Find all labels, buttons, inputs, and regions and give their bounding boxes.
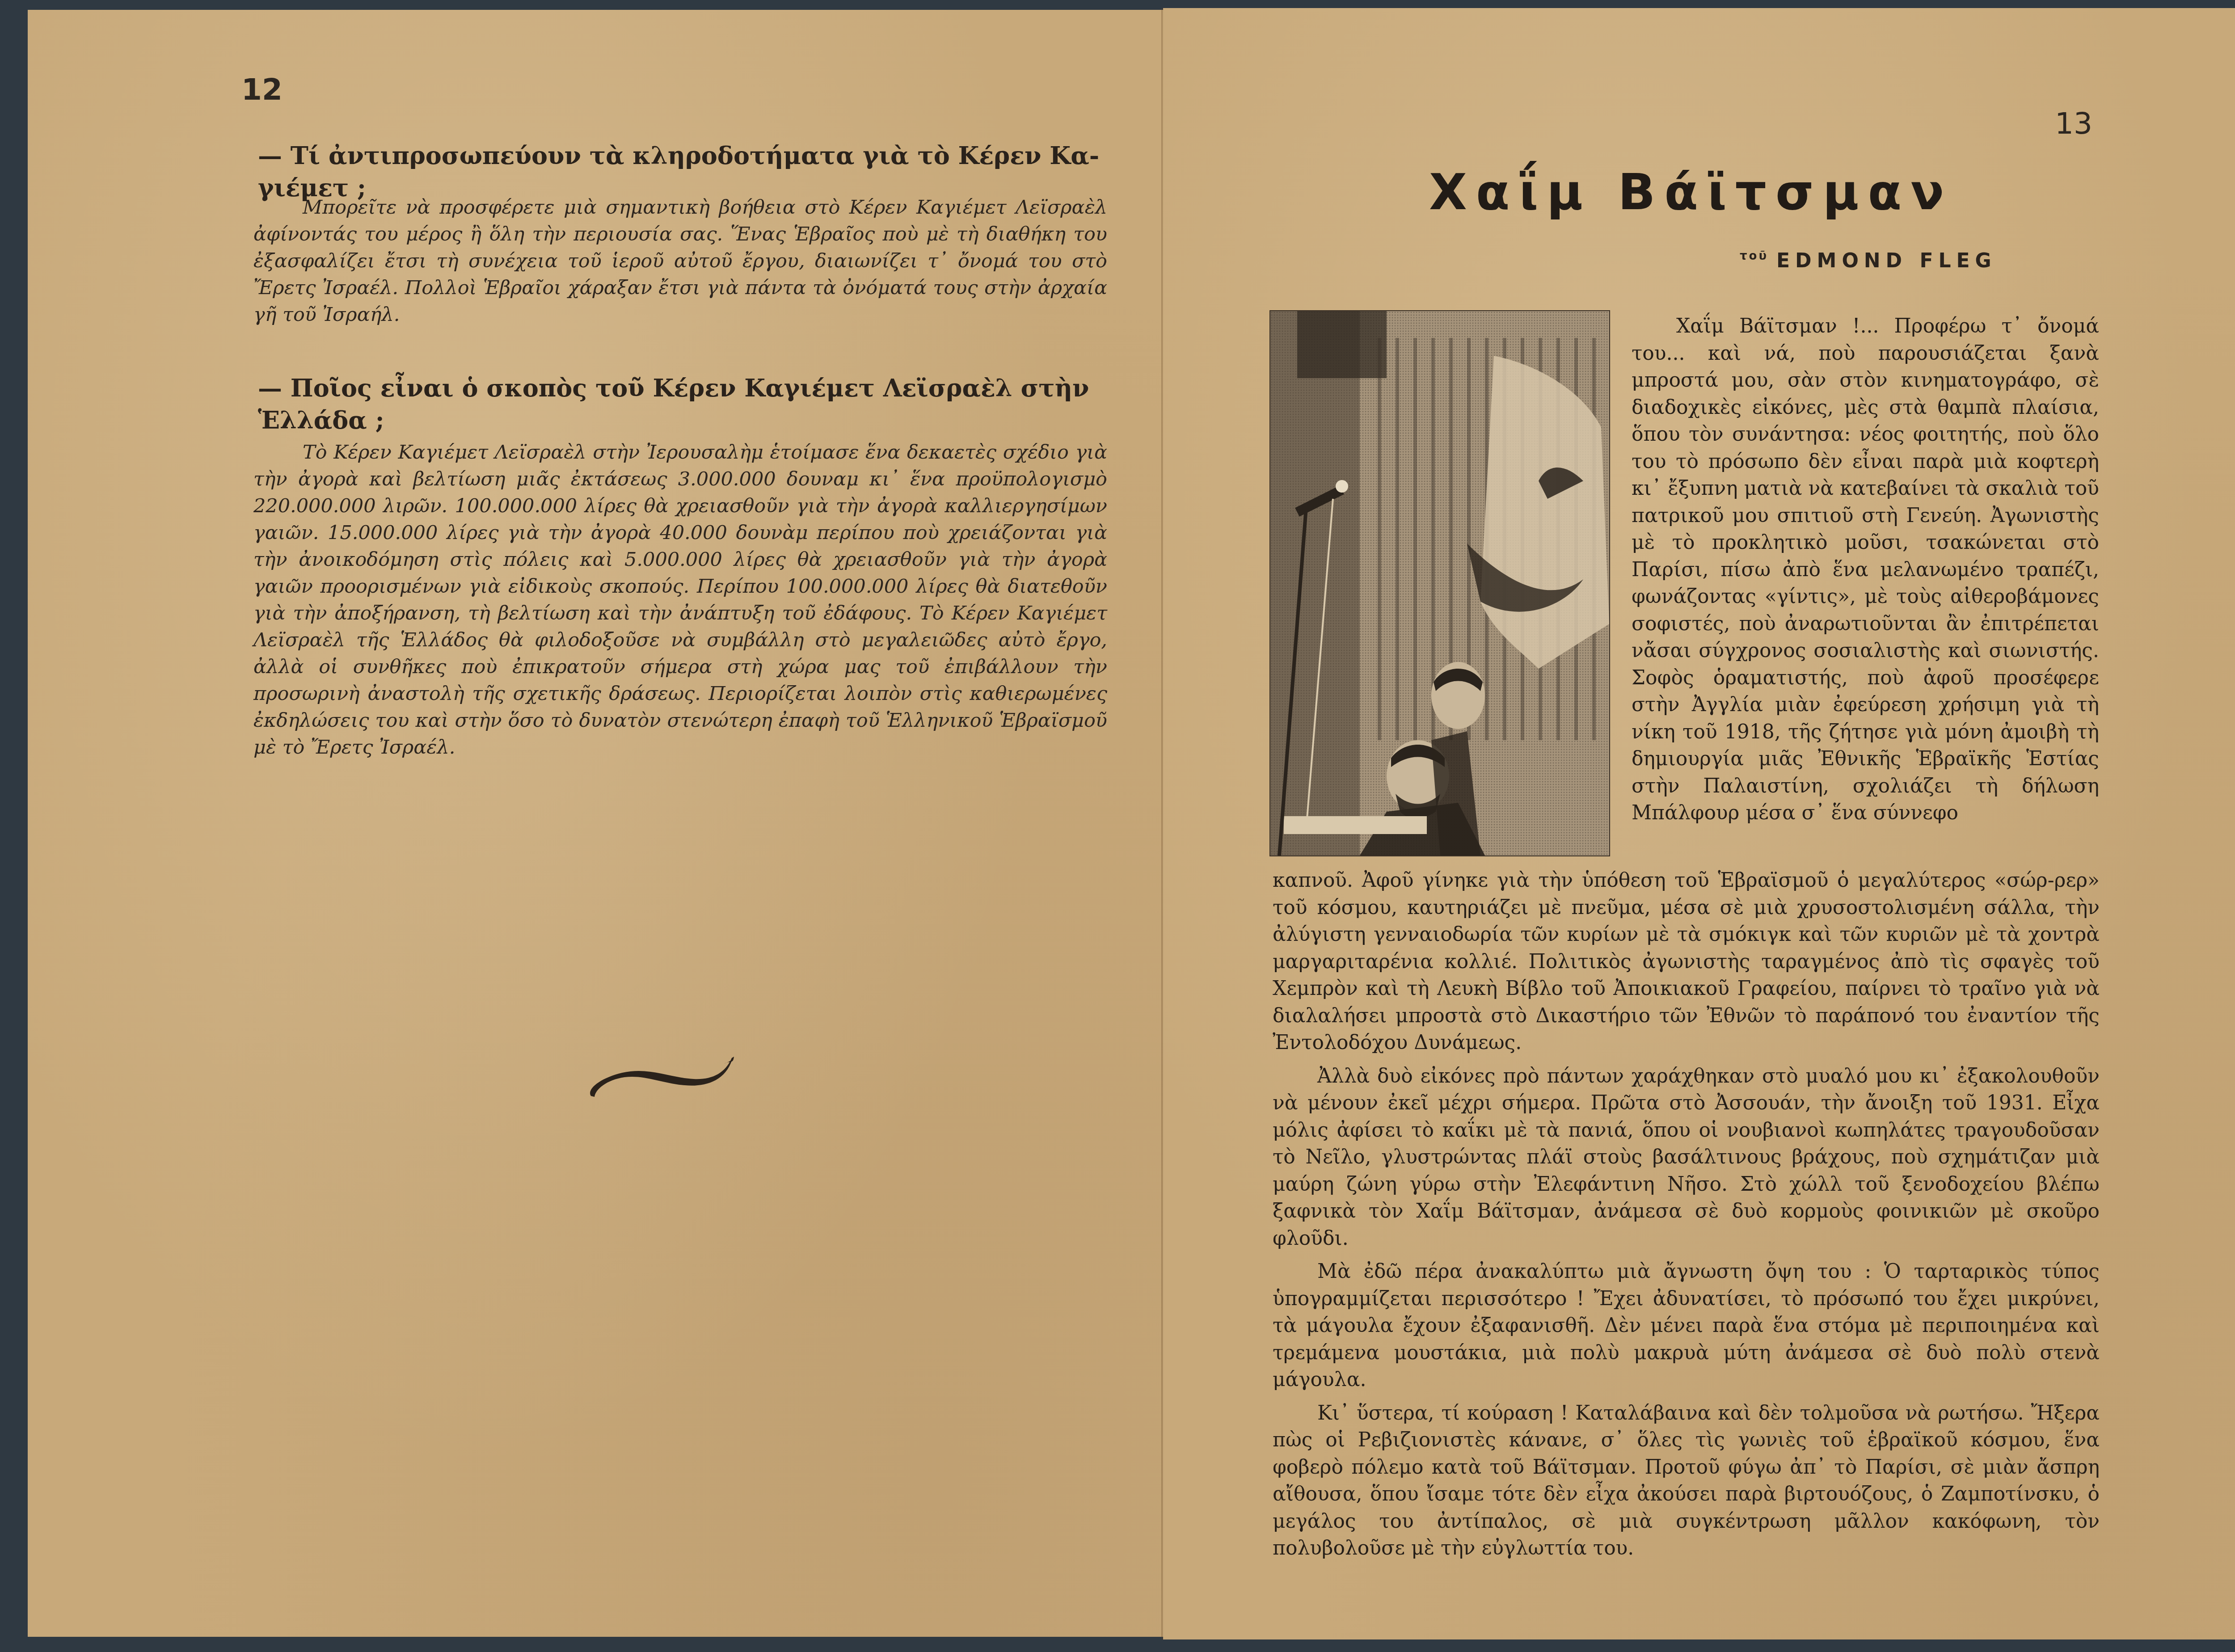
photo-image-icon — [1270, 311, 1609, 855]
article-paragraph: Χαΐμ Βάϊτσμαν !... Προφέρω τ᾽ ὄνομά του.… — [1632, 313, 2099, 827]
swash-ornament-icon — [582, 1051, 743, 1100]
article-title: Χαΐμ Βάϊτσμαν — [1429, 164, 1953, 221]
article-column-narrow: Χαΐμ Βάϊτσμαν !... Προφέρω τ᾽ ὄνομά του.… — [1632, 313, 2099, 827]
page-number: 12 — [241, 72, 283, 107]
answer-text: Τὸ Κέρεν Καγιέμετ Λεϊσραὲλ στὴν Ἰερουσαλ… — [253, 439, 1107, 761]
article-paragraph: Μὰ ἐδῶ πέρα ἀνακαλύπτω μιὰ ἄγνωστη ὄψη τ… — [1273, 1258, 2100, 1394]
byline-author: EDMOND FLEG — [1776, 249, 1997, 272]
question-heading: — Ποῖος εἶναι ὁ σκοπὸς τοῦ Κέρεν Καγιέμε… — [258, 372, 1107, 436]
article-paragraph: Κι᾽ ὕστερα, τί κούραση ! Καταλάβαινα καὶ… — [1273, 1400, 2100, 1562]
byline: τοῦEDMOND FLEG — [1740, 249, 1997, 272]
answer-paragraph: Τὸ Κέρεν Καγιέμετ Λεϊσραὲλ στὴν Ἰερουσαλ… — [253, 439, 1107, 761]
left-page: 12 — Τί ἀντιπροσωπεύουν τὰ κληροδοτήματα… — [28, 10, 1163, 1637]
answer-paragraph: Μπορεῖτε νὰ προσφέρετε μιὰ σημαντικὴ βοή… — [253, 194, 1107, 328]
answer-text: Μπορεῖτε νὰ προσφέρετε μιὰ σημαντικὴ βοή… — [253, 194, 1107, 328]
page-number: 13 — [2055, 106, 2092, 141]
byline-prefix: τοῦ — [1740, 249, 1768, 263]
article-column-wide: καπνοῦ. Ἀφοῦ γίνηκε γιὰ τὴν ὑπόθεση τοῦ … — [1273, 867, 2100, 1562]
right-page: 13 Χαΐμ Βάϊτσμαν τοῦEDMOND FLEG — [1163, 8, 2235, 1639]
article-paragraph: καπνοῦ. Ἀφοῦ γίνηκε γιὰ τὴν ὑπόθεση τοῦ … — [1273, 867, 2100, 1057]
article-paragraph: Ἀλλὰ δυὸ εἰκόνες πρὸ πάντων χαράχθηκαν σ… — [1273, 1063, 2100, 1252]
halftone-photo — [1269, 310, 1610, 856]
